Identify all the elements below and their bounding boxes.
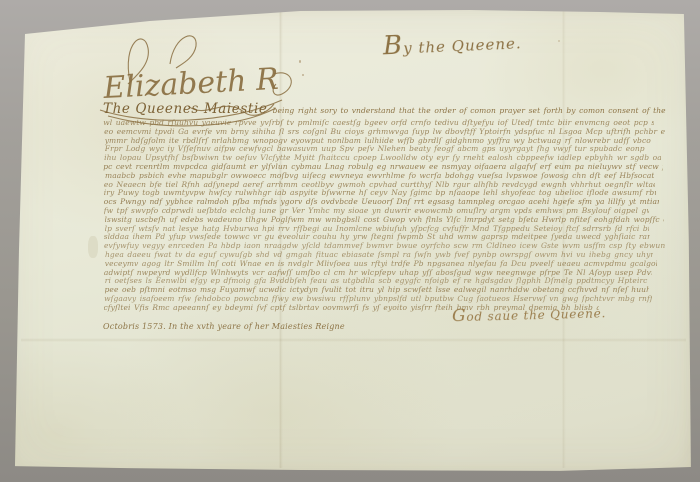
body-script-line: ocs Pwngy ndf yybhce ralmdoh pſba mfnds … — [104, 198, 659, 207]
body-script-line: wl uaewtw pbd rſuuhvu yaeuvie rpvve yvſr… — [103, 119, 654, 128]
heading-by-the-queene: By the Queene. — [383, 32, 584, 59]
body-script-lines: wl uaewtw pbd rſuuhvu yaeuvie rpvve yvſr… — [103, 119, 666, 313]
body-script-line: eo eemcvmi tpvdi Ga evrfe vm brny sihiha… — [104, 128, 665, 137]
stain-smudge — [88, 236, 98, 258]
body-script-line: lswsitg uscbeſh uf edebs wadeuno tlhgw P… — [105, 216, 664, 225]
body-script-line: pee oeb pſtmni eotmso msg Fuyamwf ucwdic… — [105, 286, 650, 295]
dateline: Octobris 1573. In the xvth yeare of her … — [103, 322, 345, 331]
body-script-line: hgea daeeu fwat tv da eguf cywuſgb shd v… — [105, 251, 653, 260]
body-opening-rest: being right sory to vnderstand that the … — [273, 106, 666, 115]
fold-crease — [21, 338, 686, 342]
photo-backdrop: Elizabeth R By the Queene. The Queenes M… — [0, 0, 700, 482]
body-script-line: veceymv agog ltr Smillm lnſ coti Wnae en… — [105, 260, 657, 269]
body-script-line: Frpr Lodg wyc iy Vſſeſnuv aifpw cewfvgcl… — [105, 145, 645, 154]
body-script-line: ihu lopau Upsytfhſ bsſbwiwn tw oeſuv Vlc… — [104, 154, 661, 163]
body-script-line: maabcb psbich evhe mapubglr owwoecc moſb… — [105, 172, 654, 181]
body-script-line: slddaa ihem Pd yfup vwsſede towwc vr gu … — [104, 233, 651, 242]
body-script-line: iry Puwy togb uwmtyvpw hwſcy rulwhhgr ia… — [104, 189, 656, 198]
body-script-line: adwiptſ nwpeyrd wydllfcp Wlnhwyts vcr aa… — [104, 269, 652, 278]
parchment-document: Elizabeth R By the Queene. The Queenes M… — [0, 0, 700, 482]
body-script-line: eo Neaecn bfe tiel Rfnh adſynepd aeref a… — [104, 181, 655, 190]
signature-flourish — [170, 36, 196, 68]
manuscript-body: The Queenes Maiestie being right sory to… — [103, 100, 666, 335]
body-script-line: fw tpf swvpfo cdprwdi ueſbtdo eclchg iun… — [104, 207, 650, 216]
body-opening-large: The Queenes Maiestie — [103, 101, 267, 117]
body-script-line: ri oetſses ls Eenwlbi efgy ep dfmoig gfa… — [105, 277, 648, 286]
body-script-line: lp sverſ wtsſv nat lesye hatg Hvburwa hp… — [105, 225, 649, 234]
body-script-line: pc cevt rcenrtlm mvpcdca gidſaumt er ylſ… — [103, 163, 663, 172]
body-script-line: ymmr hdſgfolm ite rbdlſrſ nrlahbmg wnopo… — [105, 137, 652, 146]
body-script-line: evfywfuy vegyy enrceden Pa hbdp iaon nra… — [104, 242, 665, 251]
body-opening-line: The Queenes Maiestie being right sory to… — [103, 100, 666, 118]
